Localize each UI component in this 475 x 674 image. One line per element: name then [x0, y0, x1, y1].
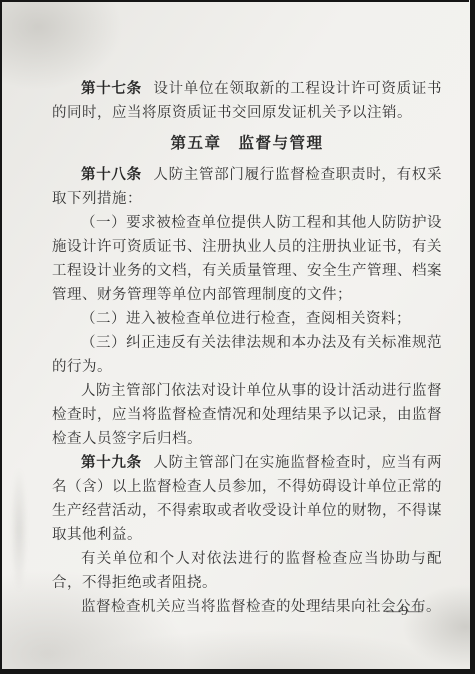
- paragraph-article-19: 第十九条人防主管部门在实施监督检查时，应当有两名（含）以上监督检查人员参加，不得…: [52, 451, 442, 547]
- paragraph-article-18: 第十八条人防主管部门履行监督检查职责时，有权采取下列措施：: [52, 163, 442, 211]
- chapter-heading: 第五章 监督与管理: [52, 132, 442, 156]
- article-19-number: 第十九条: [81, 455, 142, 471]
- scan-edge-left: [0, 0, 2, 674]
- paragraph-publication: 监督检查机关应当将监督检查的处理结果向社会公布。: [52, 595, 442, 619]
- page-number: —9—: [387, 604, 424, 620]
- paragraph-item-3: （三）纠正违反有关法律法规和本办法及有关标准规范的行为。: [52, 331, 442, 379]
- scan-edge-right: [470, 0, 475, 674]
- scan-smudge: [6, 430, 32, 630]
- paragraph-cooperation: 有关单位和个人对依法进行的监督检查应当协助与配合，不得拒绝或者阻挠。: [52, 547, 442, 595]
- scan-edge-top: [0, 0, 469, 2]
- paragraph-item-2: （二）进入被检查单位进行检查，查阅相关资料；: [52, 307, 442, 331]
- scan-edge-bottom: [0, 669, 475, 674]
- paragraph-article-17: 第十七条设计单位在领取新的工程设计许可资质证书的同时，应当将原资质证书交回原发证…: [52, 77, 442, 125]
- paragraph-item-1: （一）要求被检查单位提供人防工程和其他人防防护设施设计许可资质证书、注册执业人员…: [52, 211, 442, 307]
- paragraph-article-18-closing: 人防主管部门依法对设计单位从事的设计活动进行监督检查时，应当将监督检查情况和处理…: [52, 379, 442, 451]
- article-17-number: 第十七条: [81, 81, 142, 97]
- document-body: 第十七条设计单位在领取新的工程设计许可资质证书的同时，应当将原资质证书交回原发证…: [52, 77, 442, 619]
- article-18-number: 第十八条: [81, 167, 142, 183]
- scanned-document-page: 第十七条设计单位在领取新的工程设计许可资质证书的同时，应当将原资质证书交回原发证…: [0, 0, 475, 674]
